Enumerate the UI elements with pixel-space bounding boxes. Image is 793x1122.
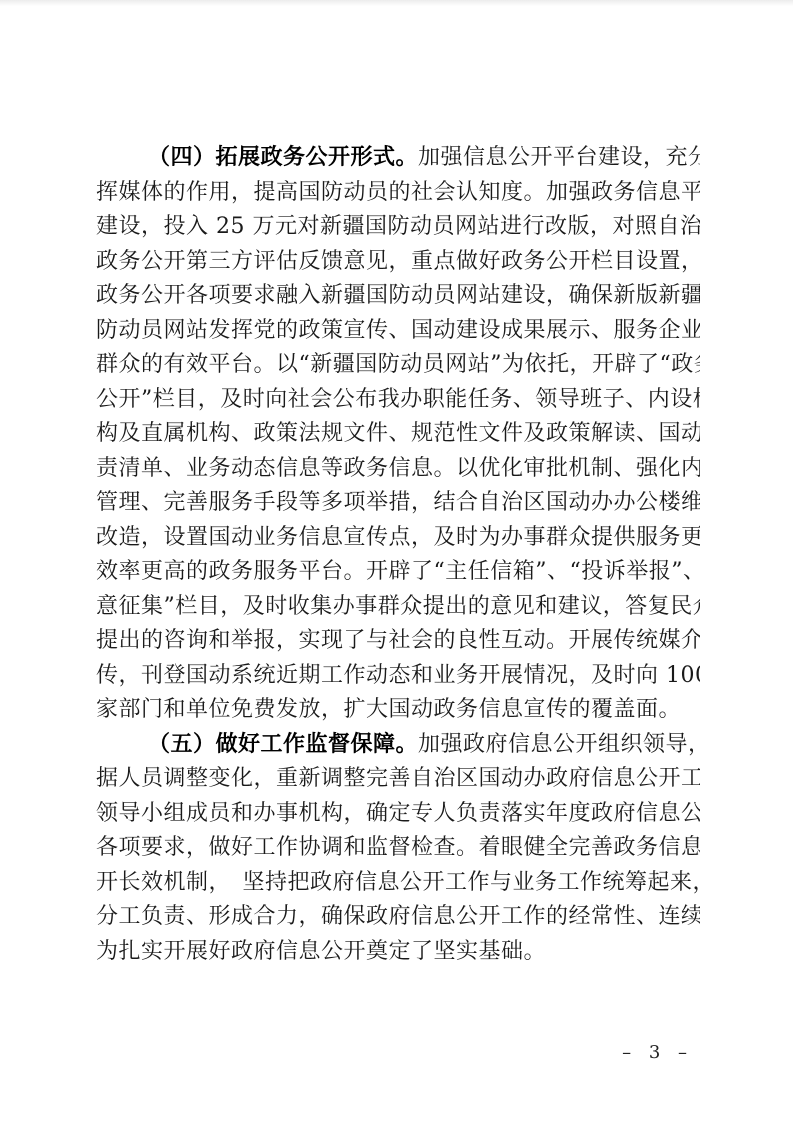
text-line: 群众的有效平台。以“新疆国防动员网站”为依托，开辟了“政务 [96, 348, 700, 383]
text-line: 政务公开各项要求融入新疆国防动员网站建设，确保新版新疆国 [96, 279, 700, 314]
text-line: 构及直属机构、政策法规文件、规范性文件及政策解读、国动权 [96, 417, 700, 452]
text-line: 管理、完善服务手段等多项举措，结合自治区国动办办公楼维修 [96, 486, 700, 521]
text-line: 各项要求，做好工作协调和监督检查。着眼健全完善政务信息公 [96, 831, 700, 866]
text-line: 责清单、业务动态信息等政务信息。以优化审批机制、强化内部 [96, 452, 700, 487]
text-line: 传，刊登国动系统近期工作动态和业务开展情况，及时向 100 余 [96, 659, 700, 694]
text-line: 分工负责、形成合力，确保政府信息公开工作的经常性、连续性， [96, 900, 700, 935]
text-line-paragraph-end: 为扎实开展好政府信息公开奠定了坚实基础。 [96, 935, 700, 970]
page-number: – 3 – [622, 1042, 689, 1063]
text-line: 意征集”栏目，及时收集办事群众提出的意见和建议，答复民众 [96, 590, 700, 625]
section-5-heading-line: （五）做好工作监督保障。加强政府信息公开组织领导，根 [96, 728, 700, 763]
section-4-heading-line: （四）拓展政务公开形式。加强信息公开平台建设，充分发 [96, 141, 700, 176]
text-line: 提出的咨询和举报，实现了与社会的良性互动。开展传统媒介宣 [96, 624, 700, 659]
text-line: 效率更高的政务服务平台。开辟了“主任信箱”、“投诉举报”、“民 [96, 555, 700, 590]
text-line: 开长效机制， 坚持把政府信息公开工作与业务工作统筹起来， [96, 866, 700, 901]
document-body: （四）拓展政务公开形式。加强信息公开平台建设，充分发 挥媒体的作用，提高国防动员… [96, 141, 700, 969]
document-page: （四）拓展政务公开形式。加强信息公开平台建设，充分发 挥媒体的作用，提高国防动员… [0, 0, 793, 1122]
scan-edge-shadow [0, 0, 793, 6]
text-line: 改造，设置国动业务信息宣传点，及时为办事群众提供服务更优、 [96, 521, 700, 556]
text-line: 政务公开第三方评估反馈意见，重点做好政务公开栏目设置，将 [96, 245, 700, 280]
text-line: 建设，投入 25 万元对新疆国防动员网站进行改版，对照自治区 [96, 210, 700, 245]
text-line: 据人员调整变化，重新调整完善自治区国动办政府信息公开工作 [96, 762, 700, 797]
text-line-paragraph-end: 家部门和单位免费发放，扩大国动政务信息宣传的覆盖面。 [96, 693, 700, 728]
line-text: 加强信息公开平台建设，充分发 [418, 145, 700, 170]
line-text: 加强政府信息公开组织领导，根 [418, 732, 700, 757]
text-line: 领导小组成员和办事机构，确定专人负责落实年度政府信息公开 [96, 797, 700, 832]
section-4-heading: （四）拓展政务公开形式。 [148, 145, 418, 170]
section-5-heading: （五）做好工作监督保障。 [148, 732, 418, 757]
text-line: 挥媒体的作用，提高国防动员的社会认知度。加强政务信息平台 [96, 176, 700, 211]
text-line: 公开”栏目，及时向社会公布我办职能任务、领导班子、内设机 [96, 383, 700, 418]
text-line: 防动员网站发挥党的政策宣传、国动建设成果展示、服务企业、 [96, 314, 700, 349]
